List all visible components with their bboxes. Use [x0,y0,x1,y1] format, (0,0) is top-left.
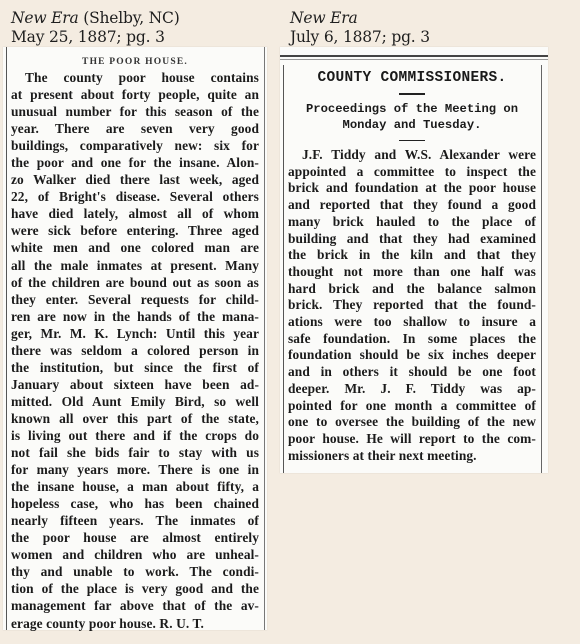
article-subhead-line2: Monday and Tuesday. [288,117,536,133]
article-line: missioners at their next meeting. [288,448,536,465]
article-line: building and that they had examined [288,231,536,248]
article-line: thy and unable to work. The condi- [11,563,259,580]
column-rule-left [283,65,284,473]
article-line: erage county poor house. R. U. T. [11,615,259,632]
article-line: all the male inmates at present. Many [11,257,259,274]
article-line: ren are now in the hands of the mana- [11,308,259,325]
article-line: were sick before entering. Three aged [11,222,259,239]
article-line: one to oversee the building of the new [288,414,536,431]
article-line: there was seldom a colored person in [11,342,259,359]
article-line: and in others it should be one foot [288,364,536,381]
article-line: appointed a committee to inspect the [288,164,536,181]
article-line: they enter. Several requests for child- [11,291,259,308]
headline-divider [399,93,425,95]
article-line: the institution, but since the first of [11,359,259,376]
article-line: many brick hauled to the place of [288,214,536,231]
clipping-content: COUNTY COMMISSIONERS. Proceedings of the… [288,66,536,464]
article-line: safe foundation. In some places the [288,331,536,348]
column-rule-left [6,47,7,630]
article-line: the brick in the kiln and that they [288,247,536,264]
article-line: nearly fifteen years. The inmates of [11,512,259,529]
article-line: ations were too shallow to insure a [288,314,536,331]
article-line: at present about forty people, quite an [11,86,259,103]
article-subhead-line1: Proceedings of the Meeting on [288,101,536,117]
article-line: hopeless case, who has been chained [11,495,259,512]
article-line: brick and foundation at the poor house [288,180,536,197]
article-line: and reported that they found a good [288,197,536,214]
column-top-rule-thin [280,59,548,60]
article-line: known all over this part of the state, [11,410,259,427]
article-line: pointed for one month a committee of [288,398,536,415]
caption-right: New Era July 6, 1887; pg. 3 [290,9,430,47]
caption-left: New Era (Shelby, NC) May 25, 1887; pg. 3 [11,9,180,47]
article-line: J.F. Tiddy and W.S. Alexander were [288,147,536,164]
article-line: year. There are seven very good [11,120,259,137]
article-line: The county poor house contains [11,69,259,86]
article-line: women and children who are unheal- [11,546,259,563]
article-line: brick. They reported that the found- [288,297,536,314]
article-line: the poor and one for the insane. Alon- [11,154,259,171]
caption-right-date: July 6, 1887; pg. 3 [290,28,430,47]
publication-place: (Shelby, NC) [79,9,180,27]
article-line: tion of the place is very good and the [11,580,259,597]
article-line: 22, of Bright's disease. Several others [11,188,259,205]
newspaper-clipping-poor-house: THE POOR HOUSE. The county poor house co… [3,47,267,630]
subhead-divider [399,140,425,142]
article-line: ger, Mr. M. K. Lynch: Until this year [11,325,259,342]
clipping-content: THE POOR HOUSE. The county poor house co… [11,57,259,632]
article-line: management far above that of the av- [11,597,259,614]
article-line: not fail she bids fair to stay with us [11,444,259,461]
article-body: The county poor house containsat present… [11,69,259,632]
article-line: of the children are bound out as soon as [11,274,259,291]
article-body: J.F. Tiddy and W.S. Alexander wereappoin… [288,147,536,464]
newspaper-clipping-county-commissioners: COUNTY COMMISSIONERS. Proceedings of the… [280,47,548,473]
column-top-rule [280,55,548,57]
article-line: have died lately, almost all of whom [11,205,259,222]
publication-name: New Era [290,9,358,27]
article-headline: THE POOR HOUSE. [11,57,259,67]
article-line: the insane house, a man about fifty, a [11,478,259,495]
article-headline: COUNTY COMMISSIONERS. [288,70,536,86]
article-line: for many years more. There is one in [11,461,259,478]
article-line: hard brick and the balance salmon [288,281,536,298]
article-line: buildings, comparatively new: six for [11,137,259,154]
column-rule-right [541,65,542,473]
article-line: foundation should be six inches deeper [288,347,536,364]
publication-name: New Era [11,9,79,27]
article-line: is living out there and if the crops do [11,427,259,444]
article-line: the poor house are almost entirely [11,529,259,546]
article-line: unusual number for this season of the [11,103,259,120]
article-line: January about sixteen have been ad- [11,376,259,393]
caption-right-title: New Era [290,9,430,28]
article-line: poor house. He will report to the com- [288,431,536,448]
article-line: deeper. Mr. J. F. Tiddy was ap- [288,381,536,398]
article-line: white men and one colored man are [11,239,259,256]
caption-left-date: May 25, 1887; pg. 3 [11,28,180,47]
article-line: zo Walker died there last week, aged [11,171,259,188]
article-line: thought not more than one half was [288,264,536,281]
column-rule-right [264,47,265,630]
caption-left-title: New Era (Shelby, NC) [11,9,180,28]
article-line: mitted. Old Aunt Emily Bird, so well [11,393,259,410]
